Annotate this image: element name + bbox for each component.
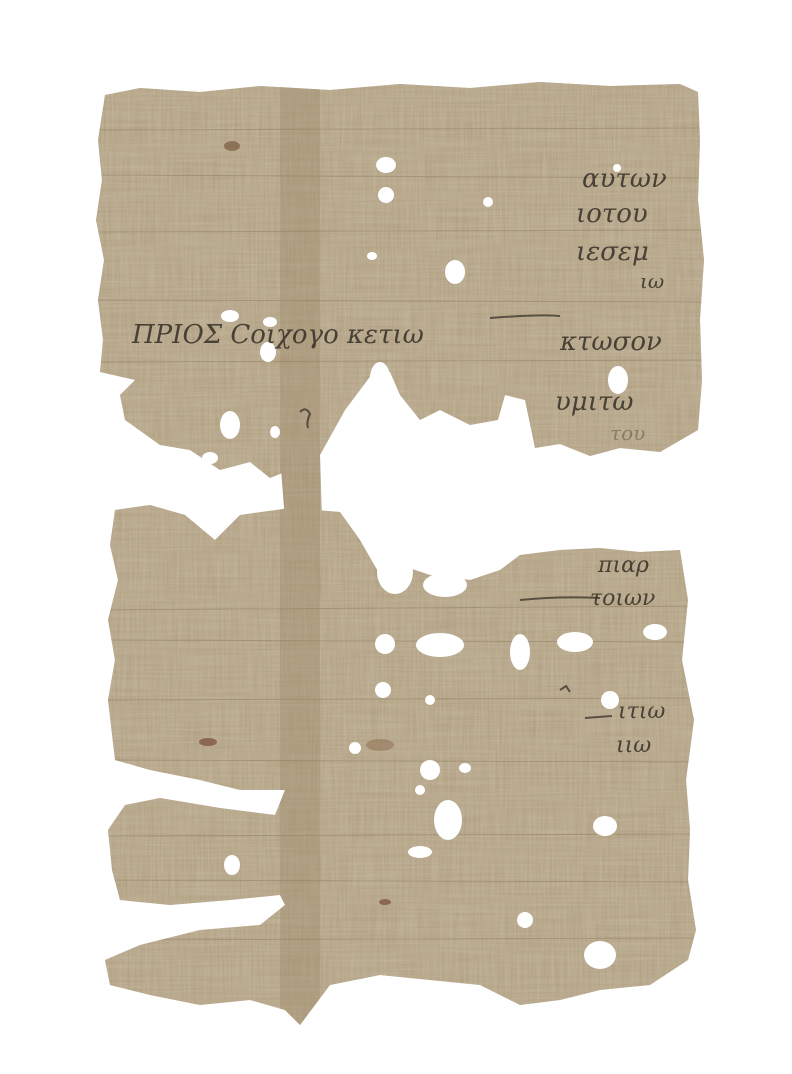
text-line: πιαρ [597, 553, 649, 578]
text-line: ιεσεμ [576, 237, 649, 267]
text-line: υμιτω [555, 387, 633, 417]
text-line: του [610, 421, 645, 445]
text-line: ιιω [616, 733, 651, 758]
text-line: κτωσον [559, 327, 662, 357]
text-line: ΠΡΙΟΣ Ϲοιχογο κετιω [131, 320, 424, 350]
text-line: αυτων [582, 164, 667, 194]
text-line: ιοτου [576, 199, 648, 229]
papyrus-photograph: αυτων ιοτου ιεσεμ ιω κτωσον υμιτω του ΠΡ… [0, 0, 792, 1074]
upper-middle-text-line: ΠΡΙΟΣ Ϲοιχογο κετιω [131, 320, 424, 350]
text-line: ιτιω [618, 699, 665, 724]
text-line: ιω [640, 269, 664, 293]
